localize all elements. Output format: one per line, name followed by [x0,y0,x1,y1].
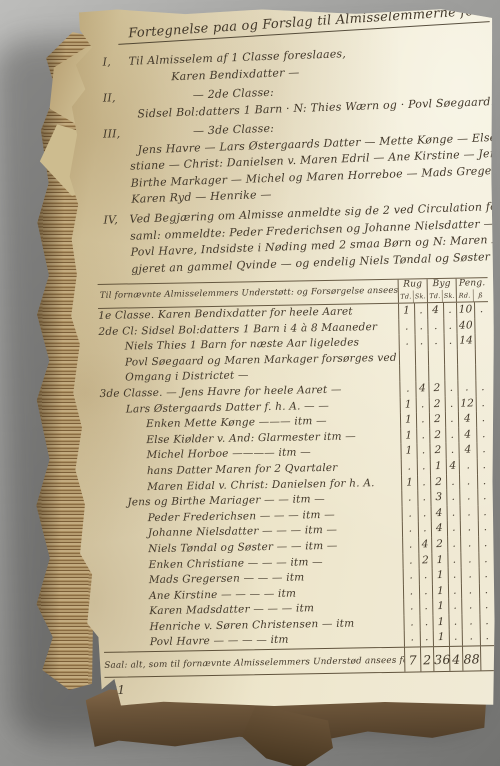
cell-byg-td: 4 [431,521,447,537]
cell-rug-td: 1 [398,303,414,319]
cell-byg-sk: . [446,489,459,505]
cell-byg-sk: . [444,380,457,396]
cell-peng-ss: . [475,380,489,396]
cell-rug-sk: . [419,599,432,615]
cell-peng-ss: . [474,302,488,318]
cell-byg-td: 1 [432,583,448,599]
cell-byg-td: . [427,318,443,334]
cell-rug-sk: 4 [418,537,431,553]
cell-peng-rd: 4 [458,427,476,443]
cell-peng-ss: . [476,395,490,411]
section-1-numeral: I, [102,54,111,71]
cell-byg-td: 2 [430,474,446,490]
cell-byg-sk: . [448,598,461,614]
cell-byg-sk: . [445,396,458,412]
unit-label: Td. [428,289,442,301]
cell-rug-td: 1 [400,412,416,428]
cell-rug-sk: . [417,490,430,506]
cell-byg-td: . [428,334,444,350]
column-units: Td. Sk. [399,290,427,302]
cell-rug-td: . [398,319,414,335]
manuscript-page: Fortegnelse paa og Forslag til Almissele… [66,7,496,707]
cell-byg-sk: . [443,302,456,318]
cell-byg-td: 1 [432,614,448,630]
cell-byg-td [428,365,444,381]
cell-byg-sk: . [445,427,458,443]
cell-rug-sk: . [415,334,428,350]
cell-peng-rd [457,349,475,365]
cell-byg-sk: . [448,583,461,599]
cell-peng-ss: . [478,520,492,536]
sum-peng-rd: 88 [462,646,480,670]
sum-rug-sk: 2 [420,647,433,671]
cell-rug-td: . [399,381,415,397]
cell-byg-td: 2 [429,443,445,459]
cell-byg-td [428,349,444,365]
cell-rug-sk: . [416,443,429,459]
cell-rug-sk: . [417,459,430,475]
cell-byg-td: 4 [427,302,443,318]
cell-byg-td: 2 [429,396,445,412]
cell-rug-td: . [403,599,419,615]
column-label: Peng. [457,278,488,290]
cell-byg-td: 1 [432,599,448,615]
unit-label: ß [472,289,488,301]
cell-byg-sk: 4 [446,458,459,474]
cell-rug-sk: . [417,474,430,490]
cell-rug-sk: . [416,412,429,428]
unit-label: Rd. [457,289,473,301]
cell-byg-sk [444,365,457,381]
cell-peng-ss: . [477,458,491,474]
page-content: Fortegnelse paa og Forslag til Almissele… [66,7,496,707]
photograph-background: Fortegnelse paa og Forslag til Almissele… [0,0,500,766]
cell-byg-td: 2 [429,412,445,428]
cell-byg-sk: . [444,333,457,349]
cell-byg-td: 1 [431,552,447,568]
cell-byg-td: 4 [431,505,447,521]
cell-rug-td [399,365,415,381]
cell-rug-td: . [399,334,415,350]
sum-byg-sk: 4 [449,646,462,670]
cell-peng-rd: 40 [456,317,474,333]
cell-peng-rd: 10 [456,302,474,318]
cell-peng-rd: . [460,520,478,536]
cell-peng-ss [474,317,488,333]
cell-rug-sk: . [418,521,431,537]
cell-byg-td: 1 [430,458,446,474]
cell-rug-sk: . [414,303,427,319]
cell-byg-td: 2 [431,536,447,552]
cell-byg-sk: . [448,614,461,630]
cell-peng-ss [475,348,489,364]
cell-peng-ss: . [478,536,492,552]
cell-rug-td: . [403,584,419,600]
unit-label: Td. [399,290,413,302]
cell-peng-ss: . [477,473,491,489]
cell-peng-ss: . [479,582,493,598]
column-group-byg: Byg Td. Sk. [427,278,456,302]
cell-peng-ss: . [476,442,490,458]
cell-peng-rd: . [462,629,480,645]
cell-peng-rd: 4 [458,442,476,458]
cell-byg-td: 2 [428,380,444,396]
cell-byg-sk: . [447,552,460,568]
cell-rug-td: . [402,506,418,522]
cell-rug-sk: . [416,427,429,443]
cell-byg-sk: . [447,520,460,536]
cell-byg-sk: . [449,630,462,646]
cell-byg-sk: . [447,505,460,521]
column-group-penge: Peng. Rd. ß [456,278,488,302]
cell-rug-td: 1 [400,428,416,444]
section-3-numeral: III, [103,126,121,143]
cell-peng-ss: . [478,551,492,567]
cell-rug-sk [415,365,428,381]
cell-rug-sk: . [416,396,429,412]
cell-peng-rd: . [461,567,479,583]
cell-byg-td: 1 [433,630,449,646]
cell-peng-rd: . [459,473,477,489]
sum-label: Saal: alt, som til fornævnte Almisselemm… [104,647,404,676]
cell-byg-td: 1 [432,567,448,583]
cell-peng-rd: 4 [458,411,476,427]
column-units: Rd. ß [457,289,488,302]
cell-rug-sk: . [420,630,433,646]
cell-peng-ss: . [476,426,490,442]
cell-peng-rd: . [461,583,479,599]
cell-peng-rd: 14 [457,333,475,349]
section-3: III, — 3de Classe: Jens Havre — Lars Øst… [95,113,491,209]
cell-peng-rd: 12 [458,395,476,411]
cell-peng-rd: . [459,489,477,505]
cell-byg-sk: . [443,318,456,334]
cell-peng-rd: . [457,380,475,396]
column-label: Byg [428,278,456,289]
cell-rug-td: . [404,630,420,646]
column-label: Rug [399,279,427,290]
cell-rug-td: . [401,490,417,506]
cell-byg-sk: . [447,536,460,552]
cell-byg-sk: . [445,443,458,459]
cell-rug-sk: . [414,318,427,334]
cell-peng-ss: . [479,613,493,629]
cell-byg-sk: . [445,411,458,427]
cell-peng-ss: . [476,411,490,427]
ledger-book: Fortegnelse paa og Forslag til Almissele… [30,6,494,756]
cell-rug-td: . [401,459,417,475]
table-caption: Til fornævnte Almisselemmers Understøtt:… [98,279,398,307]
cell-peng-rd: . [459,458,477,474]
cell-peng-rd: . [461,598,479,614]
cell-peng-rd: . [460,551,478,567]
cell-peng-ss: . [478,504,492,520]
cell-peng-ss [475,333,489,349]
cell-peng-rd: . [460,505,478,521]
sum-byg-td: 36 [433,646,449,670]
cell-byg-sk: . [446,474,459,490]
cell-byg-td: 2 [429,427,445,443]
cell-byg-sk: . [448,567,461,583]
cell-rug-td: . [402,537,418,553]
cell-rug-sk: . [419,583,432,599]
section-4-numeral: IV, [103,212,118,229]
section-4: IV, Ved Begjæring om Almisse anmeldte si… [95,199,490,279]
cell-rug-td [399,350,415,366]
cell-rug-td: . [403,615,419,631]
page-title: Fortegnelse paa og Forslag til Almissele… [94,0,488,47]
sum-peng-ss [480,646,494,670]
cell-peng-rd: . [461,614,479,630]
cell-peng-rd [457,364,475,380]
cell-rug-sk [415,349,428,365]
cell-peng-ss: . [477,489,491,505]
cell-rug-td: 1 [400,396,416,412]
cell-peng-ss: . [479,567,493,583]
unit-label: Sk. [413,290,427,302]
cell-rug-td: . [402,521,418,537]
cell-rug-td: 1 [400,443,416,459]
section-2-numeral: II, [103,90,116,107]
page-number: 421 [102,674,491,697]
cell-rug-td: . [403,568,419,584]
cell-peng-ss: . [479,598,493,614]
title-text: Fortegnelse paa og Forslag til Almissele… [128,2,500,42]
cell-rug-td: . [402,552,418,568]
cell-rug-sk: 2 [418,552,431,568]
cell-byg-td: 3 [430,490,446,506]
unit-label: Sk. [442,289,456,301]
cell-rug-sk: . [418,505,431,521]
cell-peng-rd: . [460,536,478,552]
sum-rug-td: 7 [404,647,420,671]
column-units: Td. Sk. [428,289,456,301]
alms-allowance-table: Til fornævnte Almisselemmers Understøtt:… [98,277,495,678]
column-group-rug: Rug Td. Sk. [398,279,427,303]
cell-rug-sk: . [419,568,432,584]
cell-rug-td: 1 [401,474,417,490]
cell-peng-ss: . [480,629,494,645]
cell-rug-sk: . [419,615,432,631]
cell-peng-ss [475,364,489,380]
cell-byg-sk [444,349,457,365]
cell-rug-sk: 4 [415,381,428,397]
